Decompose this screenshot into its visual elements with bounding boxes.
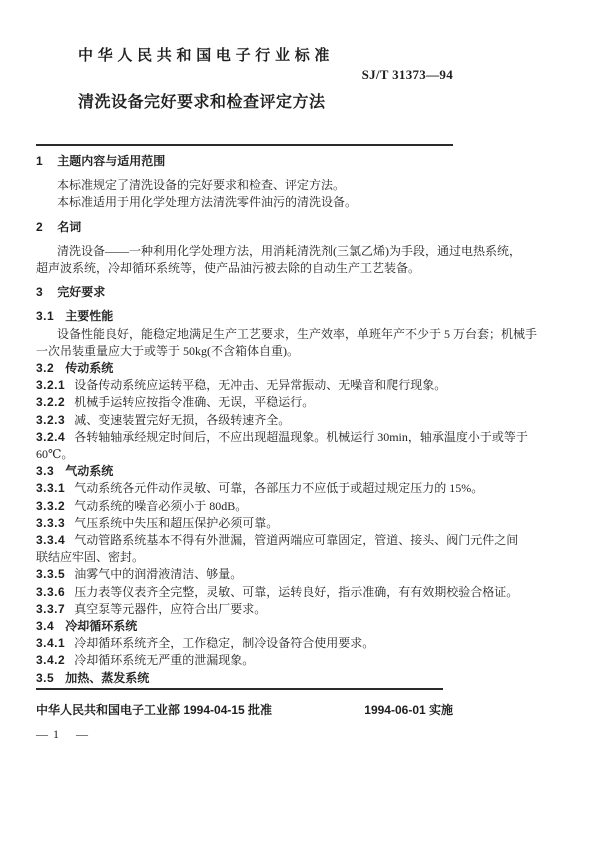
clause-3: 3完好要求 [36,284,466,301]
clause-text: 本标准适用于用化学处理方法清洗零件油污的清洗设备。 [57,195,357,209]
clause-number: 3.3.2 [36,498,65,515]
clause-text: 减、变速装置完好无损，各级转速齐全。 [74,413,290,427]
clause-number: 3.2.2 [36,394,65,411]
clause-text: 气动系统各元件动作灵敏、可靠，各部压力不应低于或超过规定压力的 15%。 [74,481,483,495]
clause-3.3: 3.3气动系统 [36,463,466,480]
clause-text: 油雾气中的润滑液清洁、够量。 [74,567,242,581]
clause-number: 3.3.5 [36,566,65,583]
footer: 中华人民共和国电子工业部 1994-04-15 批准 1994-06-01 实施 [36,702,453,719]
clause-number: 3.2.4 [36,429,65,446]
paragraph-line: 设备性能良好，能稳定地满足生产工艺要求，生产效率，单班年产不少于 5 万台套；机… [36,326,466,343]
paragraph-line: 联结应牢固、密封。 [36,549,466,566]
clause-text: 各转轴轴承经规定时间后，不应出现超温现象。机械运行 30min，轴承温度小于或等… [74,430,528,444]
clause-text: 加热、蒸发系统 [65,671,149,685]
clause-3.3.3: 3.3.3气压系统中失压和超压保护必须可靠。 [36,515,466,532]
clause-3.3.4: 3.3.4气动管路系统基本不得有外泄漏，管道两端应可靠固定，管道、接头、阀门元件… [36,532,466,549]
clause-number: 3.3.4 [36,532,65,549]
standard-number: SJ/T 31373—94 [36,67,453,82]
clause-text: 冷却循环系统无严重的泄漏现象。 [74,653,254,667]
clause-number: 2 [36,219,43,236]
clause-text: 主要性能 [65,309,113,323]
paragraph-line: 本标准规定了清洗设备的完好要求和检查、评定方法。 [36,177,466,194]
clause-text: 机械手运转应按指令准确、无误，平稳运行。 [74,395,314,409]
header-rule [36,144,453,146]
clause-text: 60℃。 [36,447,73,461]
clause-text: 清洗设备——一种利用化学处理方法，用消耗清洗剂(三氯乙烯)为手段，通过电热系统， [57,244,521,258]
clause-3.3.1: 3.3.1气动系统各元件动作灵敏、可靠，各部压力不应低于或超过规定压力的 15%… [36,480,466,497]
clause-number: 3.5 [36,670,54,687]
clause-text: 名词 [57,220,81,234]
clause-number: 3.1 [36,308,54,325]
clause-text: 超声波系统，冷却循环系统等，使产品油污被去除的自动生产工艺装备。 [36,261,420,275]
clause-text: 气动系统的噪音必须小于 80dB。 [74,499,247,513]
clause-text: 设备性能良好，能稳定地满足生产工艺要求，生产效率，单班年产不少于 5 万台套；机… [57,327,537,341]
clause-3.4.1: 3.4.1冷却循环系统齐全，工作稳定，制冷设备符合使用要求。 [36,635,466,652]
clause-1: 1主题内容与适用范围 [36,153,466,170]
clause-3.2.4: 3.2.4各转轴轴承经规定时间后，不应出现超温现象。机械运行 30min，轴承温… [36,429,466,446]
footer-rule [36,688,443,690]
clause-number: 3.3.7 [36,601,65,618]
clause-text: 主题内容与适用范围 [57,154,165,168]
clause-3.2.3: 3.2.3减、变速装置完好无损，各级转速齐全。 [36,412,466,429]
clause-3.4: 3.4冷却循环系统 [36,618,466,635]
clause-number: 3.4 [36,618,54,635]
clause-3.3.6: 3.3.6压力表等仪表齐全完整，灵敏、可靠，运转良好，指示准确，有有效期校验合格… [36,584,466,601]
paragraph-line: 一次吊装重量应大于或等于 50kg(不含箱体自重)。 [36,343,466,360]
clause-number: 3.2 [36,360,54,377]
clause-3.3.2: 3.3.2气动系统的噪音必须小于 80dB。 [36,498,466,515]
clause-number: 3.3.1 [36,480,65,497]
clause-text: 真空泵等元器件，应符合出厂要求。 [74,602,266,616]
clause-3.2.1: 3.2.1设备传动系统应运转平稳，无冲击、无异常振动、无噪音和爬行现象。 [36,377,466,394]
paragraph-line: 超声波系统，冷却循环系统等，使产品油污被去除的自动生产工艺装备。 [36,260,466,277]
clause-3.3.5: 3.3.5油雾气中的润滑液清洁、够量。 [36,566,466,583]
paragraph-line: 本标准适用于用化学处理方法清洗零件油污的清洗设备。 [36,194,466,211]
document-body: 1主题内容与适用范围本标准规定了清洗设备的完好要求和检查、评定方法。本标准适用于… [36,153,466,687]
clause-3.4.2: 3.4.2冷却循环系统无严重的泄漏现象。 [36,652,466,669]
page-number: — 1 — [36,726,600,743]
clause-3.1: 3.1主要性能 [36,308,466,325]
clause-number: 3.3.6 [36,584,65,601]
clause-text: 气动系统 [65,464,113,478]
clause-number: 3.4.2 [36,652,65,669]
clause-text: 气压系统中失压和超压保护必须可靠。 [74,516,278,530]
clause-number: 1 [36,153,43,170]
clause-number: 3 [36,284,43,301]
clause-text: 本标准规定了清洗设备的完好要求和检查、评定方法。 [57,178,345,192]
clause-3.2: 3.2传动系统 [36,360,466,377]
clause-text: 传动系统 [65,361,113,375]
clause-text: 冷却循环系统 [65,619,137,633]
clause-text: 气动管路系统基本不得有外泄漏，管道两端应可靠固定，管道、接头、阀门元件之间 [74,533,518,547]
clause-text: 完好要求 [57,285,105,299]
clause-3.3.7: 3.3.7真空泵等元器件，应符合出厂要求。 [36,601,466,618]
clause-number: 3.2.1 [36,377,65,394]
paragraph-line: 60℃。 [36,446,466,463]
paragraph-line: 清洗设备——一种利用化学处理方法，用消耗清洗剂(三氯乙烯)为手段，通过电热系统， [36,243,466,260]
document-title: 清洗设备完好要求和检查评定方法 [78,93,600,113]
clause-text: 设备传动系统应运转平稳，无冲击、无异常振动、无噪音和爬行现象。 [74,378,446,392]
clause-text: 联结应牢固、密封。 [36,550,144,564]
clause-number: 3.3 [36,463,54,480]
clause-3.5: 3.5加热、蒸发系统 [36,670,466,687]
document-page: 中华人民共和国电子行业标准 SJ/T 31373—94 清洗设备完好要求和检查评… [0,0,600,849]
clause-number: 3.3.3 [36,515,65,532]
clause-text: 一次吊装重量应大于或等于 50kg(不含箱体自重)。 [36,344,299,358]
clause-number: 3.2.3 [36,412,65,429]
clause-number: 3.4.1 [36,635,65,652]
standard-org: 中华人民共和国电子行业标准 [78,48,600,64]
approval-text: 中华人民共和国电子工业部 1994-04-15 批准 [36,702,272,719]
clause-text: 冷却循环系统齐全，工作稳定，制冷设备符合使用要求。 [74,636,374,650]
clause-2: 2名词 [36,219,466,236]
implementation-text: 1994-06-01 实施 [364,702,453,719]
clause-3.2.2: 3.2.2机械手运转应按指令准确、无误，平稳运行。 [36,394,466,411]
clause-text: 压力表等仪表齐全完整，灵敏、可靠，运转良好，指示准确，有有效期校验合格证。 [74,585,518,599]
